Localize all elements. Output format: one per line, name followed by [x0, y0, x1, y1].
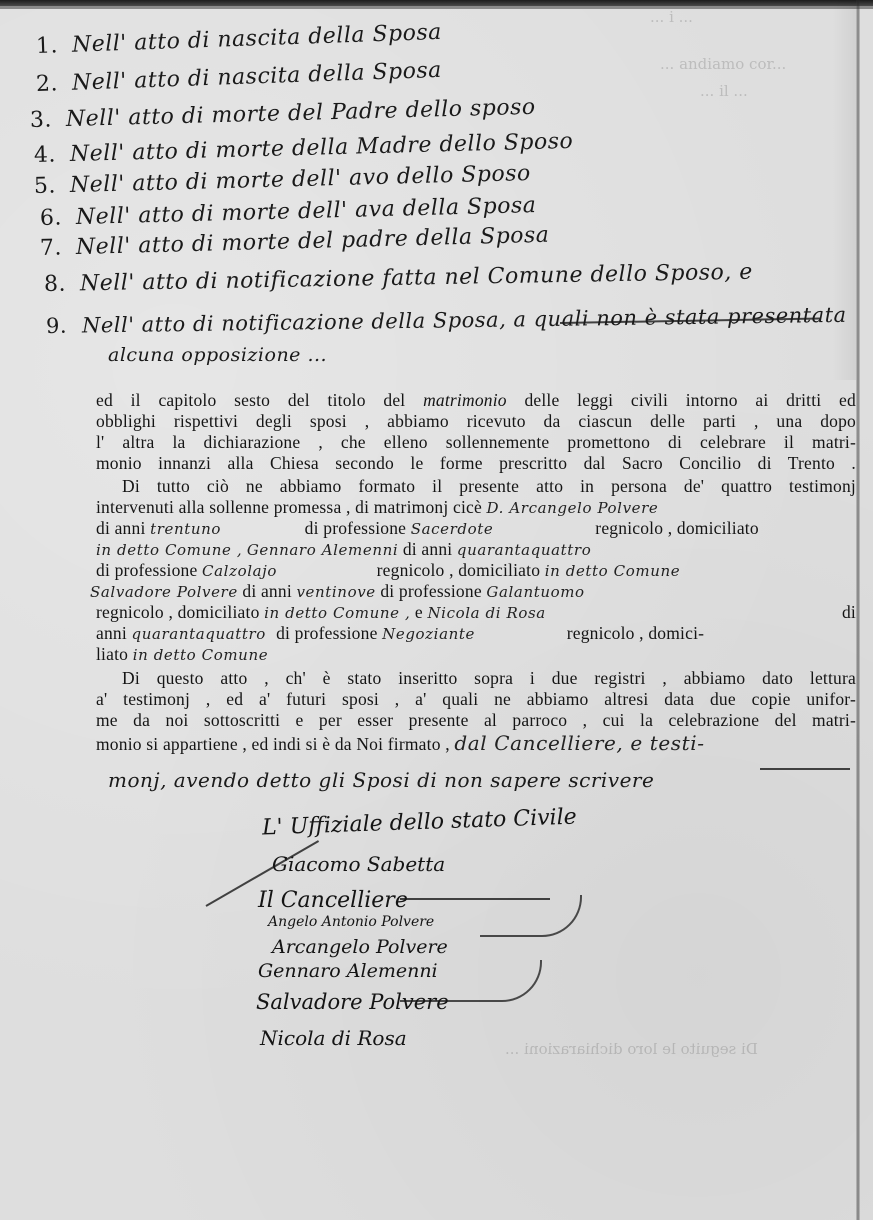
list-item: 2.Nell' atto di nascita della Sposa	[36, 58, 443, 97]
list-number: 2.	[36, 71, 73, 97]
handwritten-addition: dal Cancelliere, e testi-	[454, 731, 704, 755]
printed-line: a' testimonj , ed a' futuri sposi , a' q…	[96, 689, 856, 710]
witness2-domicile-field: in detto Comune	[545, 562, 681, 580]
printed-text: regnicolo , domici-	[562, 623, 704, 643]
list-number: 3.	[30, 107, 67, 133]
printed-text: ed il capitolo sesto del titolo del	[96, 390, 423, 410]
list-text: Nell' atto di nascita della Sposa	[72, 58, 443, 96]
list-text: Nell' atto di morte dell' avo dello Spos…	[70, 161, 531, 198]
printed-text: regnicolo , domiciliato	[372, 560, 545, 580]
printed-text: delle leggi civili intorno ai dritti ed	[507, 390, 856, 410]
handwritten-addition: monj, avendo detto gli Sposi di non sape…	[108, 768, 654, 792]
chancellor-title-signature: Il Cancelliere	[258, 888, 408, 913]
list-number: 4.	[34, 142, 71, 168]
printed-line: Salvadore Polvere di anni ventinove di p…	[90, 581, 850, 602]
printed-line: in detto Comune , Gennaro Alemenni di an…	[96, 539, 856, 560]
list-number: 7.	[40, 235, 77, 261]
printed-text: di professione	[376, 581, 487, 601]
flourish-stroke	[480, 895, 582, 937]
list-number: 1.	[36, 33, 73, 59]
printed-text: intervenuti alla sollenne promessa , di …	[96, 497, 487, 517]
list-item: 3.Nell' atto di morte del Padre dello sp…	[30, 95, 536, 133]
list-number: 6.	[40, 205, 77, 231]
witness3-domicile-field: in detto Comune ,	[264, 604, 410, 622]
printed-line: monio innanzi alla Chiesa secondo le for…	[96, 453, 856, 474]
printed-line: ed il capitolo sesto del titolo del matr…	[96, 390, 856, 411]
bleed-through-text: ... il ...	[700, 82, 748, 100]
witness4-profession-field: Negoziante	[382, 625, 562, 643]
printed-text: di anni	[403, 539, 457, 559]
printed-line: monio si appartiene , ed indi si è da No…	[96, 731, 856, 755]
printed-text-italic: matrimonio	[423, 390, 507, 410]
list-text: alcuna opposizione ...	[108, 344, 327, 366]
chancellor-name-signature: Angelo Antonio Polvere	[268, 914, 434, 930]
witness1-signature: Arcangelo Polvere	[272, 936, 448, 958]
witness4-domicile-field: in detto Comune	[133, 646, 269, 664]
officer-name-signature: Giacomo Sabetta	[272, 852, 445, 876]
witness4-name-field: Nicola di Rosa	[427, 604, 627, 622]
list-number: 9.	[46, 313, 82, 338]
witness3-profession-field: Galantuomo	[486, 583, 584, 601]
printed-line: Di questo atto , ch' è stato inseritto s…	[122, 668, 856, 689]
printed-line: anni quarantaquattro di professione Nego…	[96, 623, 856, 644]
witness1-domicile-field: in detto Comune ,	[96, 541, 242, 559]
printed-line: Di tutto ciò ne abbiamo formato il prese…	[122, 476, 856, 497]
witness4-age-field: quarantaquattro	[132, 625, 272, 643]
printed-text: liato	[96, 644, 133, 664]
witness3-name-field: Salvadore Polvere	[90, 583, 238, 601]
list-item: alcuna opposizione ...	[108, 344, 327, 366]
list-text: Nell' atto di morte del padre della Spos…	[76, 223, 550, 260]
printed-text: di professione	[96, 560, 202, 580]
printed-text: di anni	[96, 518, 150, 538]
printed-line: l' altra la dichiarazione , che elleno s…	[96, 432, 856, 453]
printed-text: e	[410, 602, 427, 622]
officer-title-signature: L' Uffiziale dello stato Civile	[262, 805, 577, 841]
printed-text: anni	[96, 623, 132, 643]
bleed-through-text: ... i ...	[650, 8, 693, 26]
printed-line: di professione Calzolajo regnicolo , dom…	[96, 560, 856, 581]
printed-text: di professione	[272, 623, 383, 643]
printed-text: regnicolo , domiciliato	[96, 602, 264, 622]
list-text: Nell' atto di nascita della Sposa	[72, 20, 443, 58]
list-number: 8.	[44, 271, 80, 297]
printed-line: obblighi rispettivi degli sposi , abbiam…	[96, 411, 856, 432]
witness2-age-field: quarantaquattro	[457, 541, 591, 559]
list-text: Nell' atto di morte del Padre dello spos…	[66, 95, 536, 132]
list-number: 5.	[34, 173, 71, 199]
underline-stroke	[760, 768, 850, 770]
printed-line: intervenuti alla sollenne promessa , di …	[96, 497, 856, 518]
witness3-age-field: ventinove	[296, 583, 375, 601]
witness2-name-field: Gennaro Alemenni	[247, 541, 398, 559]
bleed-through-text: ... andiamo cor...	[660, 55, 786, 73]
bleed-through-text: Di seguito le loro dichiarazioni ...	[505, 1040, 758, 1058]
printed-text: di professione	[300, 518, 411, 538]
witness4-signature: Nicola di Rosa	[260, 1026, 407, 1050]
witness1-age-field: trentuno	[150, 520, 300, 538]
printed-text: di anni	[238, 581, 297, 601]
printed-text: di	[842, 602, 856, 623]
list-text: Nell' atto di notificazione fatta nel Co…	[80, 260, 753, 297]
list-item: 5.Nell' atto di morte dell' avo dello Sp…	[34, 161, 531, 199]
printed-line: liato in detto Comune	[96, 644, 856, 665]
printed-text: regnicolo , domiciliato	[591, 518, 759, 538]
flourish-stroke	[400, 960, 542, 1002]
page-top-edge-line	[0, 6, 873, 9]
document-page: ... i ... ... andiamo cor... ... il ... …	[0, 0, 873, 1220]
binding-fold-line	[856, 0, 860, 1220]
list-item: 1.Nell' atto di nascita della Sposa	[36, 20, 443, 59]
list-item: 8.Nell' atto di notificazione fatta nel …	[44, 260, 753, 297]
witness1-name-field: D. Arcangelo Polvere	[487, 499, 659, 517]
witness1-profession-field: Sacerdote	[411, 520, 591, 538]
printed-line: di anni trentuno di professione Sacerdot…	[96, 518, 856, 539]
printed-line: me da noi sottoscritti e per esser prese…	[96, 710, 856, 731]
printed-text: monio si appartiene , ed indi si è da No…	[96, 734, 454, 754]
printed-line: regnicolo , domiciliato in detto Comune …	[96, 602, 856, 623]
witness2-profession-field: Calzolajo	[202, 562, 372, 580]
